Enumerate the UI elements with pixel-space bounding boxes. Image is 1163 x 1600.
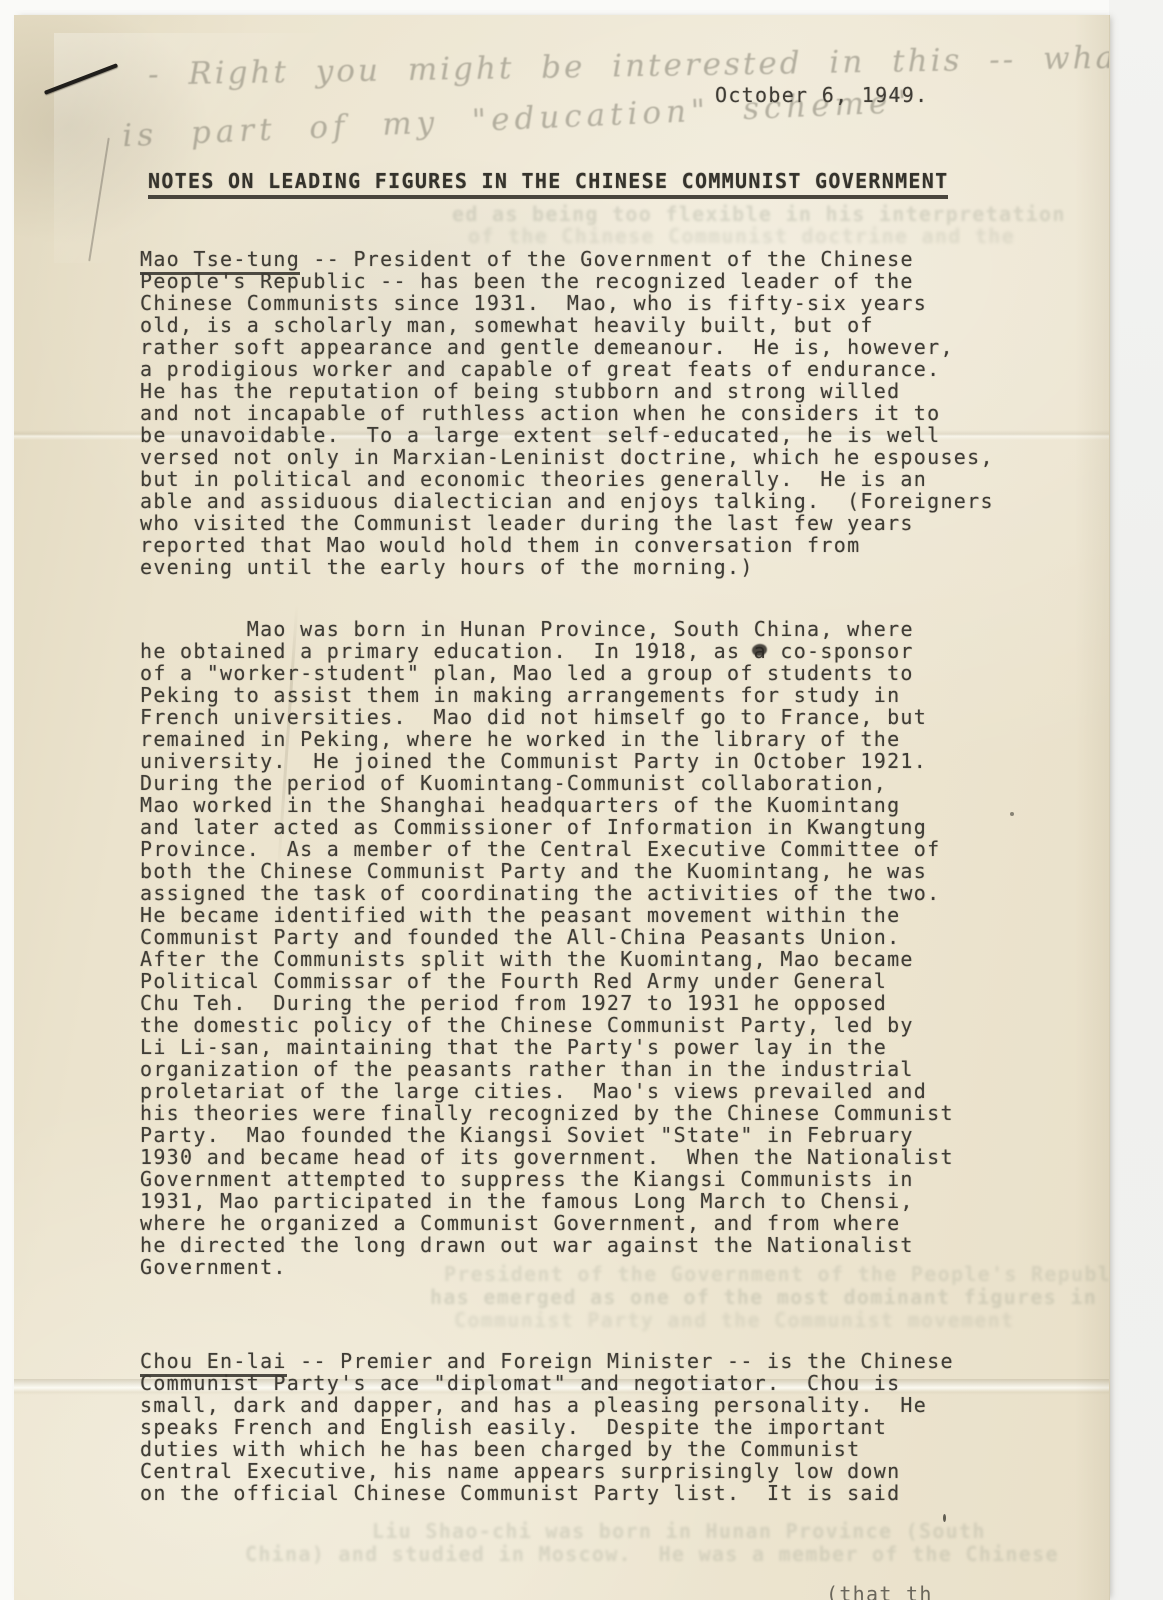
showthrough-above-chou-1: President of the Government of the Peopl… (444, 1263, 1110, 1285)
staple-mark (44, 63, 118, 95)
showthrough-bottom-2: China) and studied in Moscow. He was a m… (245, 1543, 1059, 1565)
paragraph-mao-2: Mao was born in Hunan Province, South Ch… (140, 618, 1060, 1278)
showthrough-below-title-1: ed as being too flexible in his interpre… (452, 203, 1066, 225)
showthrough-bottom-1: Liu Shao-chi was born in Hunan Province … (372, 1520, 986, 1542)
paragraph-mao-1: Mao Tse-tung -- President of the Governm… (140, 248, 1060, 578)
paragraph-chou-body: -- Premier and Foreign Minister -- is th… (140, 1349, 954, 1505)
showthrough-below-title-2: of the Chinese Communist doctrine and th… (468, 225, 1015, 247)
scanned-document-screenshot: { "colors": { "paper": "#ece4cf", "ink":… (0, 0, 1163, 1600)
showthrough-above-chou-3: Communist Party and the Communist moveme… (454, 1309, 1014, 1331)
paragraph-mao-1-body: -- President of the Government of the Ch… (140, 247, 994, 579)
paper-speck (1010, 812, 1014, 816)
document-page: - Right you might be interested in this … (14, 15, 1110, 1600)
document-title-wrap: NOTES ON LEADING FIGURES IN THE CHINESE … (148, 170, 1008, 199)
date: October 6, 1949. (715, 84, 995, 106)
cutoff-text-fragment: (that th (826, 1582, 933, 1600)
page-title: NOTES ON LEADING FIGURES IN THE CHINESE … (148, 170, 948, 199)
scanner-background (1109, 0, 1163, 1600)
paper-edge-shading (1075, 15, 1109, 1600)
stray-type-mark (943, 1514, 946, 1522)
paragraph-chou: Chou En-lai -- Premier and Foreign Minis… (140, 1350, 1060, 1504)
pencil-stroke (88, 138, 110, 262)
showthrough-above-chou-2: has emerged as one of the most dominant … (430, 1286, 1110, 1308)
